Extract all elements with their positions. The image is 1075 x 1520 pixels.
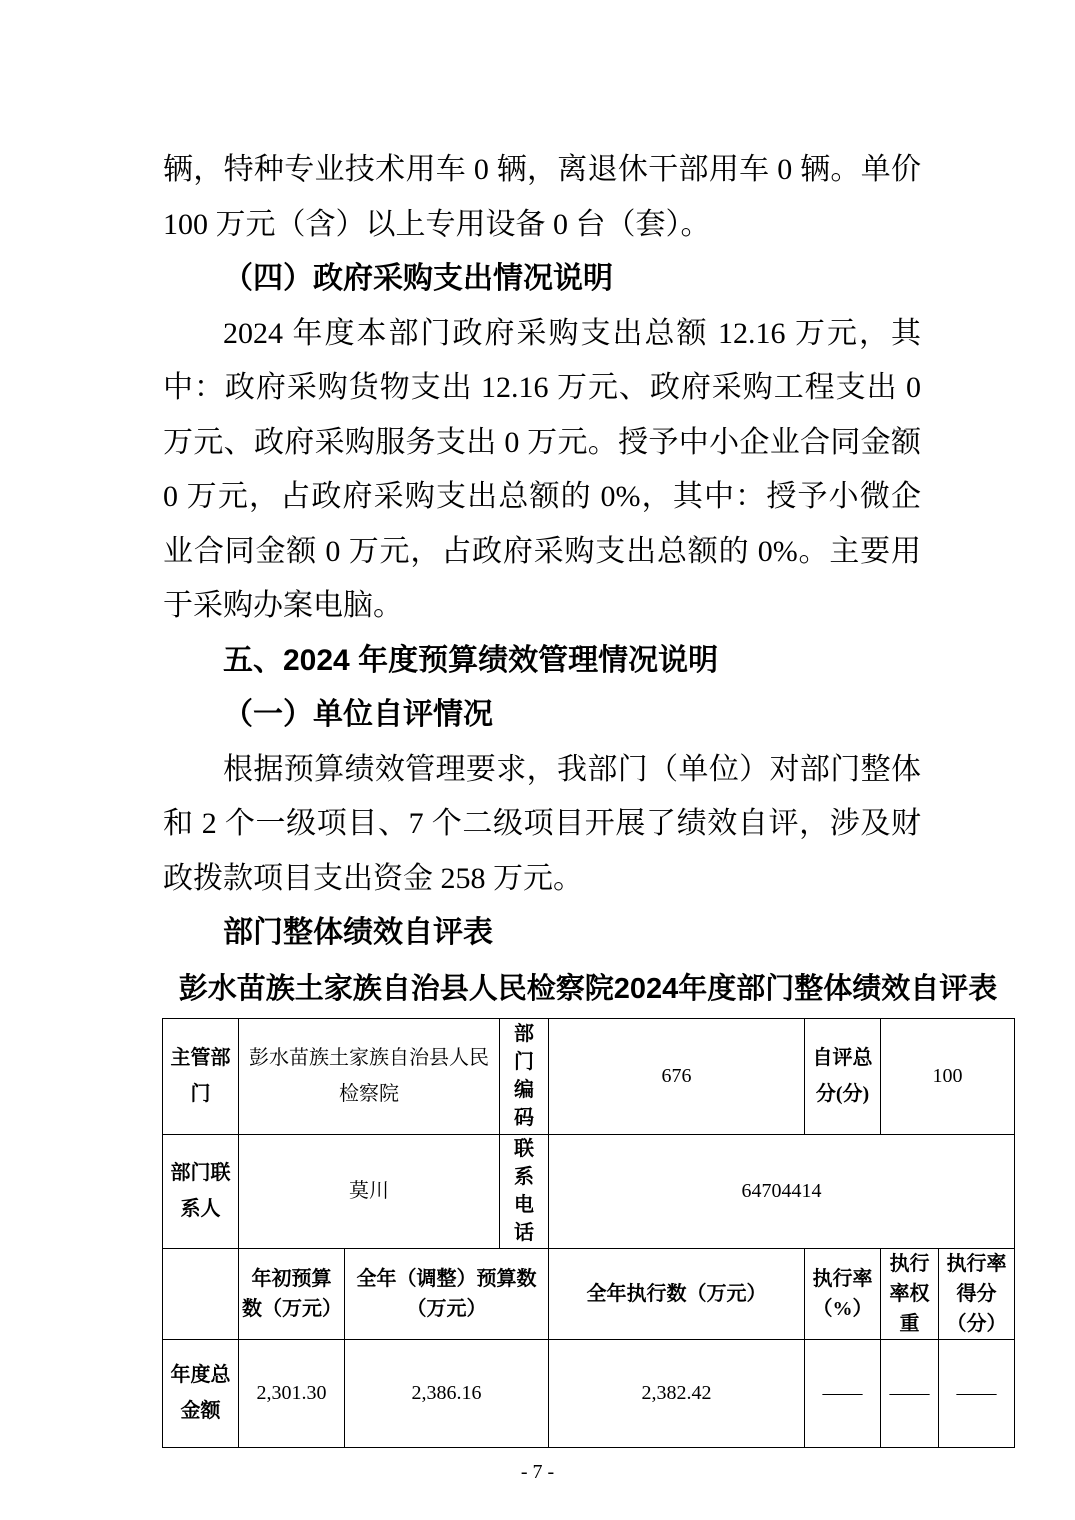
page-number: - 7 -	[0, 1457, 1075, 1487]
document-page: 辆，特种专业技术用车 0 辆，离退休干部用车 0 辆。单价 100 万元（含）以…	[0, 0, 1075, 1520]
self-score-value-cell: 100	[881, 1018, 1015, 1134]
document-body: 辆，特种专业技术用车 0 辆，离退休干部用车 0 辆。单价 100 万元（含）以…	[163, 143, 921, 961]
column-rate-score: 执行率得分（分）	[939, 1248, 1015, 1339]
paragraph-self-evaluation: 根据预算绩效管理要求，我部门（单位）对部门整体和 2 个一级项目、7 个二级项目…	[163, 743, 921, 907]
annual-total-label-cell: 年度总金额	[163, 1339, 239, 1447]
contact-label-cell: 部门联系人	[163, 1134, 239, 1248]
table-header-row: 年初预算数（万元） 全年（调整）预算数（万元） 全年执行数（万元） 执行率（%）…	[163, 1248, 1015, 1339]
phone-value-cell: 64704414	[549, 1134, 1015, 1248]
table-caption: 部门整体绩效自评表	[163, 906, 921, 961]
annual-total-rate-weight-cell: ——	[881, 1339, 939, 1447]
dept-code-label: 部门编码	[513, 1020, 535, 1132]
dept-code-label-cell: 部门编码	[500, 1018, 549, 1134]
annual-total-rate-score-cell: ——	[939, 1339, 1015, 1447]
contact-value-cell: 莫川	[239, 1134, 500, 1248]
paragraph-procurement: 2024 年度本部门政府采购支出总额 12.16 万元，其中：政府采购货物支出 …	[163, 307, 921, 634]
dept-code-value-cell: 676	[549, 1018, 805, 1134]
heading-section-5-1: （一）单位自评情况	[163, 688, 921, 743]
supervisor-label-cell: 主管部门	[163, 1018, 239, 1134]
table-row: 部门联系人 莫川 联系电话 64704414	[163, 1134, 1015, 1248]
phone-label-cell: 联系电话	[500, 1134, 549, 1248]
annual-total-execution-cell: 2,382.42	[549, 1339, 805, 1447]
column-execution: 全年执行数（万元）	[549, 1248, 805, 1339]
table-row: 主管部门 彭水苗族土家族自治县人民检察院 部门编码 676 自评总分(分) 10…	[163, 1018, 1015, 1134]
annual-total-adjusted-budget-cell: 2,386.16	[345, 1339, 549, 1447]
column-execution-rate: 执行率（%）	[805, 1248, 881, 1339]
annual-total-execution-rate-cell: ——	[805, 1339, 881, 1447]
annual-total-initial-budget-cell: 2,301.30	[239, 1339, 345, 1447]
paragraph-vehicles-continuation: 辆，特种专业技术用车 0 辆，离退休干部用车 0 辆。单价 100 万元（含）以…	[163, 143, 921, 252]
heading-section-5: 五、2024 年度预算绩效管理情况说明	[163, 634, 921, 689]
phone-label: 联系电话	[513, 1135, 535, 1247]
supervisor-value-cell: 彭水苗族土家族自治县人民检察院	[239, 1018, 500, 1134]
empty-corner-cell	[163, 1248, 239, 1339]
column-initial-budget: 年初预算数（万元）	[239, 1248, 345, 1339]
table-row: 年度总金额 2,301.30 2,386.16 2,382.42 —— —— —…	[163, 1339, 1015, 1447]
column-rate-weight: 执行率权重	[881, 1248, 939, 1339]
self-score-label-cell: 自评总分(分)	[805, 1018, 881, 1134]
performance-self-evaluation-table: 主管部门 彭水苗族土家族自治县人民检察院 部门编码 676 自评总分(分) 10…	[162, 1018, 1015, 1448]
heading-section-4: （四）政府采购支出情况说明	[163, 252, 921, 307]
column-adjusted-budget: 全年（调整）预算数（万元）	[345, 1248, 549, 1339]
table-title: 彭水苗族土家族自治县人民检察院2024年度部门整体绩效自评表	[162, 961, 1014, 1018]
